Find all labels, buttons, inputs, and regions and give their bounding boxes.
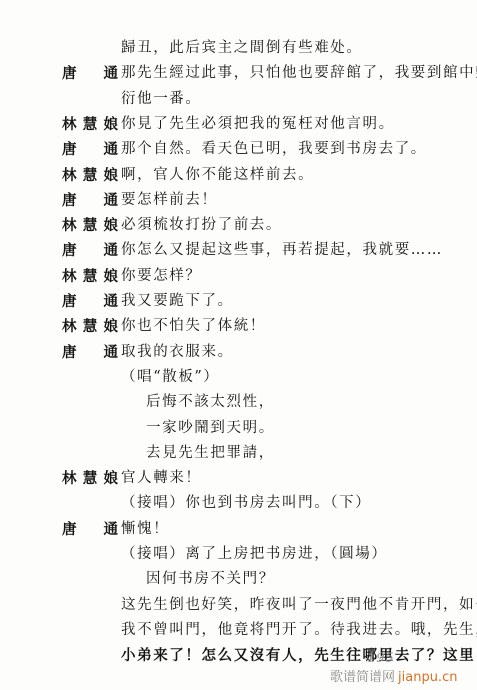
verse-text: 因何书房不关門？ (146, 567, 275, 592)
dialogue-text: 必須梳妆打扮了前去。 (121, 213, 282, 238)
dialogue-text: 小弟来了！怎么又沒有人，先生往哪里去了？这里 (121, 643, 475, 668)
dialogue-text: 你見了先生必須把我的冤枉对他言明。 (121, 112, 395, 137)
speaker-name: 唐通 (62, 289, 118, 314)
speaker-name: 林慧娘 (62, 213, 118, 238)
dialogue-text: 官人轉来！ (121, 466, 202, 491)
speaker-name: 林慧娘 (62, 264, 118, 289)
dialogue-text: 那先生經过此事，只怕他也要辞館了，我要到館中敷 (121, 61, 477, 86)
dialogue-text: （唱“散板”） (121, 365, 220, 390)
dialogue-text: 歸丑，此后宾主之間倒有些难处。 (121, 36, 363, 61)
verse-text: 去見先生把罪請， (146, 441, 275, 466)
dialogue-text: 你怎么又提起这些事，再若提起，我就要…… (121, 238, 443, 263)
speaker-name: 唐通 (62, 61, 118, 86)
speaker-name: 林慧娘 (62, 466, 118, 491)
speaker-name: 林慧娘 (62, 314, 118, 339)
verse-text: 一家吵鬧到天明。 (146, 416, 275, 441)
speaker-name: 唐通 (62, 517, 118, 542)
dialogue-text: 我不曾叫門，他竟将門开了。待我进去。哦，先生， (121, 618, 477, 643)
speaker-name: 林慧娘 (62, 112, 118, 137)
dialogue-text: 啊，官人你不能这样前去。 (121, 163, 314, 188)
speaker-name: 唐通 (62, 188, 118, 213)
speaker-name: 唐通 (62, 238, 118, 263)
dialogue-text: 慚愧！ (121, 517, 169, 542)
dialogue-text: 取我的衣服来。 (121, 340, 234, 365)
dialogue-text: 你要怎样？ (121, 264, 202, 289)
speaker-name: 唐通 (62, 137, 118, 162)
verse-text: 后悔不該太烈性， (146, 390, 275, 415)
watermark-cn: 歌谱简谱网 (330, 670, 395, 685)
dialogue-text: 这先生倒也好笑，昨夜叫了一夜門他不肯开門，如今 (121, 593, 477, 618)
dialogue-text: 你也不怕失了体統！ (121, 314, 266, 339)
watermark: 歌谱简谱网jianpu.cn (330, 666, 457, 685)
dialogue-text: （接唱）你也到书房去叫門。（下） (121, 491, 371, 516)
dialogue-text: 要怎样前去！ (121, 188, 218, 213)
speaker-name: 林慧娘 (62, 163, 118, 188)
watermark-domain: jianpu.cn (398, 670, 457, 685)
dialogue-text: 那个自然。看天色已明，我要到书房去了。 (121, 137, 427, 162)
dialogue-text: 衍他一番。 (121, 87, 202, 112)
page-number: 195 (367, 651, 395, 666)
dialogue-text: （接唱）离了上房把书房进，（圓場） (121, 542, 387, 567)
dialogue-text: 我又要跪下了。 (121, 289, 234, 314)
speaker-name: 唐通 (62, 340, 118, 365)
